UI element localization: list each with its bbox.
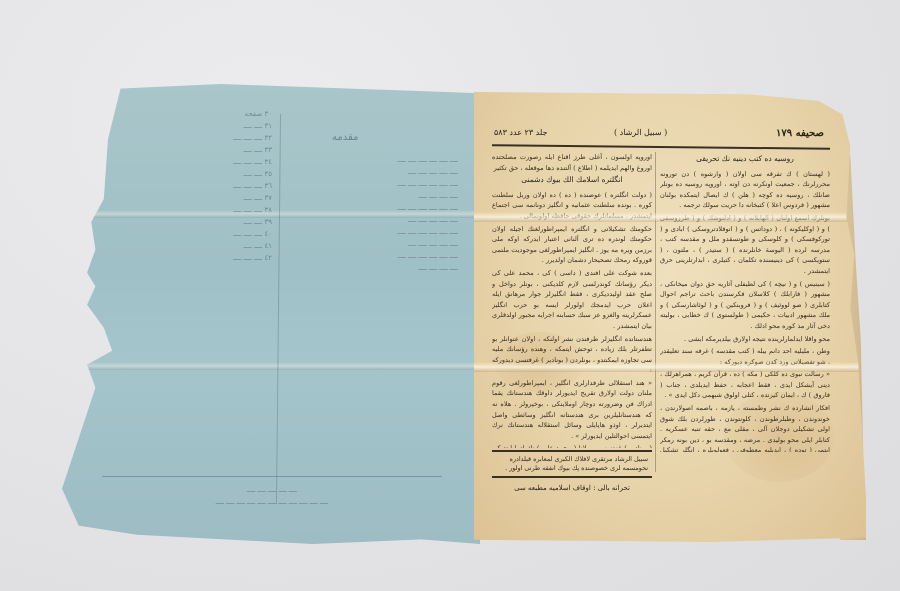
- blue-line: ٣٤ ــــ ــــ ــــ: [142, 156, 272, 168]
- blue-sheet-left-column: ٣٠ صفحه ٣١ ــــ ــــ ٣٢ ــــ ــــ ــــ ٣…: [142, 108, 272, 264]
- footer-notice: سبيل الرشاد مرتقرى لافلاك الكبرى لمعابره…: [505, 455, 648, 472]
- page-header: صحيفه ۱۷۹ ( سبيل الرشاد ) جلد ۲۳ عدد ۵۸۳: [494, 128, 824, 144]
- blue-line: ٣٠ صفحه: [142, 108, 272, 120]
- paragraph: ( پونادير ) غزته سى مولانا ( محمد على ) …: [492, 443, 652, 448]
- article-heading-right: روسيه ده كتب دينيه نك تحريقى: [660, 154, 830, 165]
- printer-imprint: تحرانه بالى : اوقاف اسلاميه مطبعه سى: [492, 484, 652, 492]
- article-heading-left: انگلتره اسلامك الك بيوك دشمنى: [492, 175, 652, 186]
- page-number: صحيفه ۱۷۹: [776, 128, 824, 139]
- paper-fold: [474, 212, 866, 222]
- blue-line: ــــ ــــ ــــ ــــ ــــ ــــ: [288, 154, 458, 166]
- blue-line: ــــ ــــ ــــ ــــ ــــ ــــ: [288, 250, 458, 262]
- publication-title: ( سبيل الرشاد ): [614, 128, 667, 137]
- blue-line: ٣٨ ــــ ــــ ــــ: [142, 204, 272, 216]
- blue-line: ٣٧ ــــ ــــ: [142, 192, 272, 204]
- blue-line: ــــ ــــ ــــ ــــ ــــ ــــ ــــ ــــ …: [102, 496, 442, 508]
- blue-line: ــــ ــــ ــــ ــــ: [288, 190, 458, 202]
- blue-line: ٤٠ ــــ ــــ ــــ: [142, 228, 272, 240]
- blue-line: ٤١ ــــ ــــ: [142, 240, 272, 252]
- footer-notice-box: سبيل الرشاد مرتقرى لافلاك الكبرى لمعابره…: [492, 450, 652, 478]
- blue-line: ٣٥ ــــ ــــ: [142, 168, 272, 180]
- blue-wrapper-sheet: مقدمه ٣٠ صفحه ٣١ ــــ ــــ ٣٢ ــــ ــــ …: [62, 84, 480, 544]
- blue-line: ــــ ــــ ــــ ــــ: [288, 262, 458, 274]
- paragraph: « هند استقلالى طرفدارلرى انگليز ، ايمپرا…: [492, 378, 652, 442]
- paragraph: ( لهستان ) ك تفرقه سى اولان ( وارشوه ) د…: [660, 169, 830, 211]
- paragraph: ( سينيس ) و ( نيچه ) كى لطيفلى آثاريه حق…: [660, 279, 830, 332]
- blue-line: ــــ ــــ ــــ ــــ ــــ: [288, 238, 458, 250]
- blue-sheet-heading: مقدمه: [332, 132, 358, 143]
- blue-line: ٣٣ ــــ ــــ: [142, 144, 272, 156]
- blue-line: ٣٩ ــــ ــــ: [142, 216, 272, 228]
- left-column: اوروپه اولسون ، آغلى طرز اقناع ايله رصور…: [492, 152, 652, 448]
- blue-line: ــــ ــــ ــــ ــــ ــــ: [288, 214, 458, 226]
- blue-sheet-bottom-text: ــــ ــــ ــــ ــــ ــــ ــــ ــــ ــــ …: [102, 484, 442, 508]
- newspaper-page: صحيفه ۱۷۹ ( سبيل الرشاد ) جلد ۲۳ عدد ۵۸۳…: [474, 92, 866, 542]
- header-rule: [492, 144, 830, 150]
- paragraph: حكومتك تشكيلاتى و انگلتره ايمپراطورلغنك …: [492, 224, 652, 266]
- blue-line: ــــ ــــ ــــ ــــ ــــ: [288, 166, 458, 178]
- blue-sheet-column-rule: [276, 114, 281, 504]
- paragraph: بونلرك اسمع اولنان ( الهابلانه ) و ( ادل…: [660, 213, 830, 277]
- blue-line: ٣١ ــــ ــــ: [142, 120, 272, 132]
- blue-line: ــــ ــــ ــــ ــــ ــــ ــــ: [288, 178, 458, 190]
- blue-line: ٣٢ ــــ ــــ ــــ: [142, 132, 272, 144]
- blue-line: ٤٢ ــــ ــــ ــــ: [142, 252, 272, 264]
- intro-lines: اوروپه اولسون ، آغلى طرز اقناع ايله رصور…: [492, 152, 652, 173]
- blue-line: ٣٦ ــــ ــــ ــــ: [142, 180, 272, 192]
- issue-number: جلد ۲۳ عدد ۵۸۳: [494, 128, 547, 137]
- paragraph: بعده شوكت على افندى ( داسى ) كى ، محمد ع…: [492, 268, 652, 332]
- blue-line: ــــ ــــ ــــ ــــ ــــ ــــ: [288, 202, 458, 214]
- paragraph: « رسالت نبوى ده كلكى ( مكه ) ده ، قرآن ك…: [660, 369, 830, 401]
- blue-line: ــــ ــــ ــــ ــــ ــــ ــــ: [288, 226, 458, 238]
- paragraph: افكار انشارده ك نشر وطمسته ، يازمه ، باص…: [660, 403, 830, 452]
- paragraph: محو واقلا ايدلمارلرينده نتيجه اولارق بيل…: [660, 334, 830, 345]
- blue-line: ــــ ــــ ــــ ــــ ــــ: [102, 484, 442, 496]
- paper-fold: [474, 362, 866, 372]
- blue-sheet-bottom-rule: [102, 476, 442, 477]
- right-column: روسيه ده كتب دينيه نك تحريقى ( لهستان ) …: [660, 152, 830, 452]
- blue-sheet-right-column: ــــ ــــ ــــ ــــ ــــ ــــ ــــ ــــ …: [288, 154, 458, 274]
- blue-sheet-fold: [62, 362, 480, 370]
- column-divider: [655, 152, 656, 472]
